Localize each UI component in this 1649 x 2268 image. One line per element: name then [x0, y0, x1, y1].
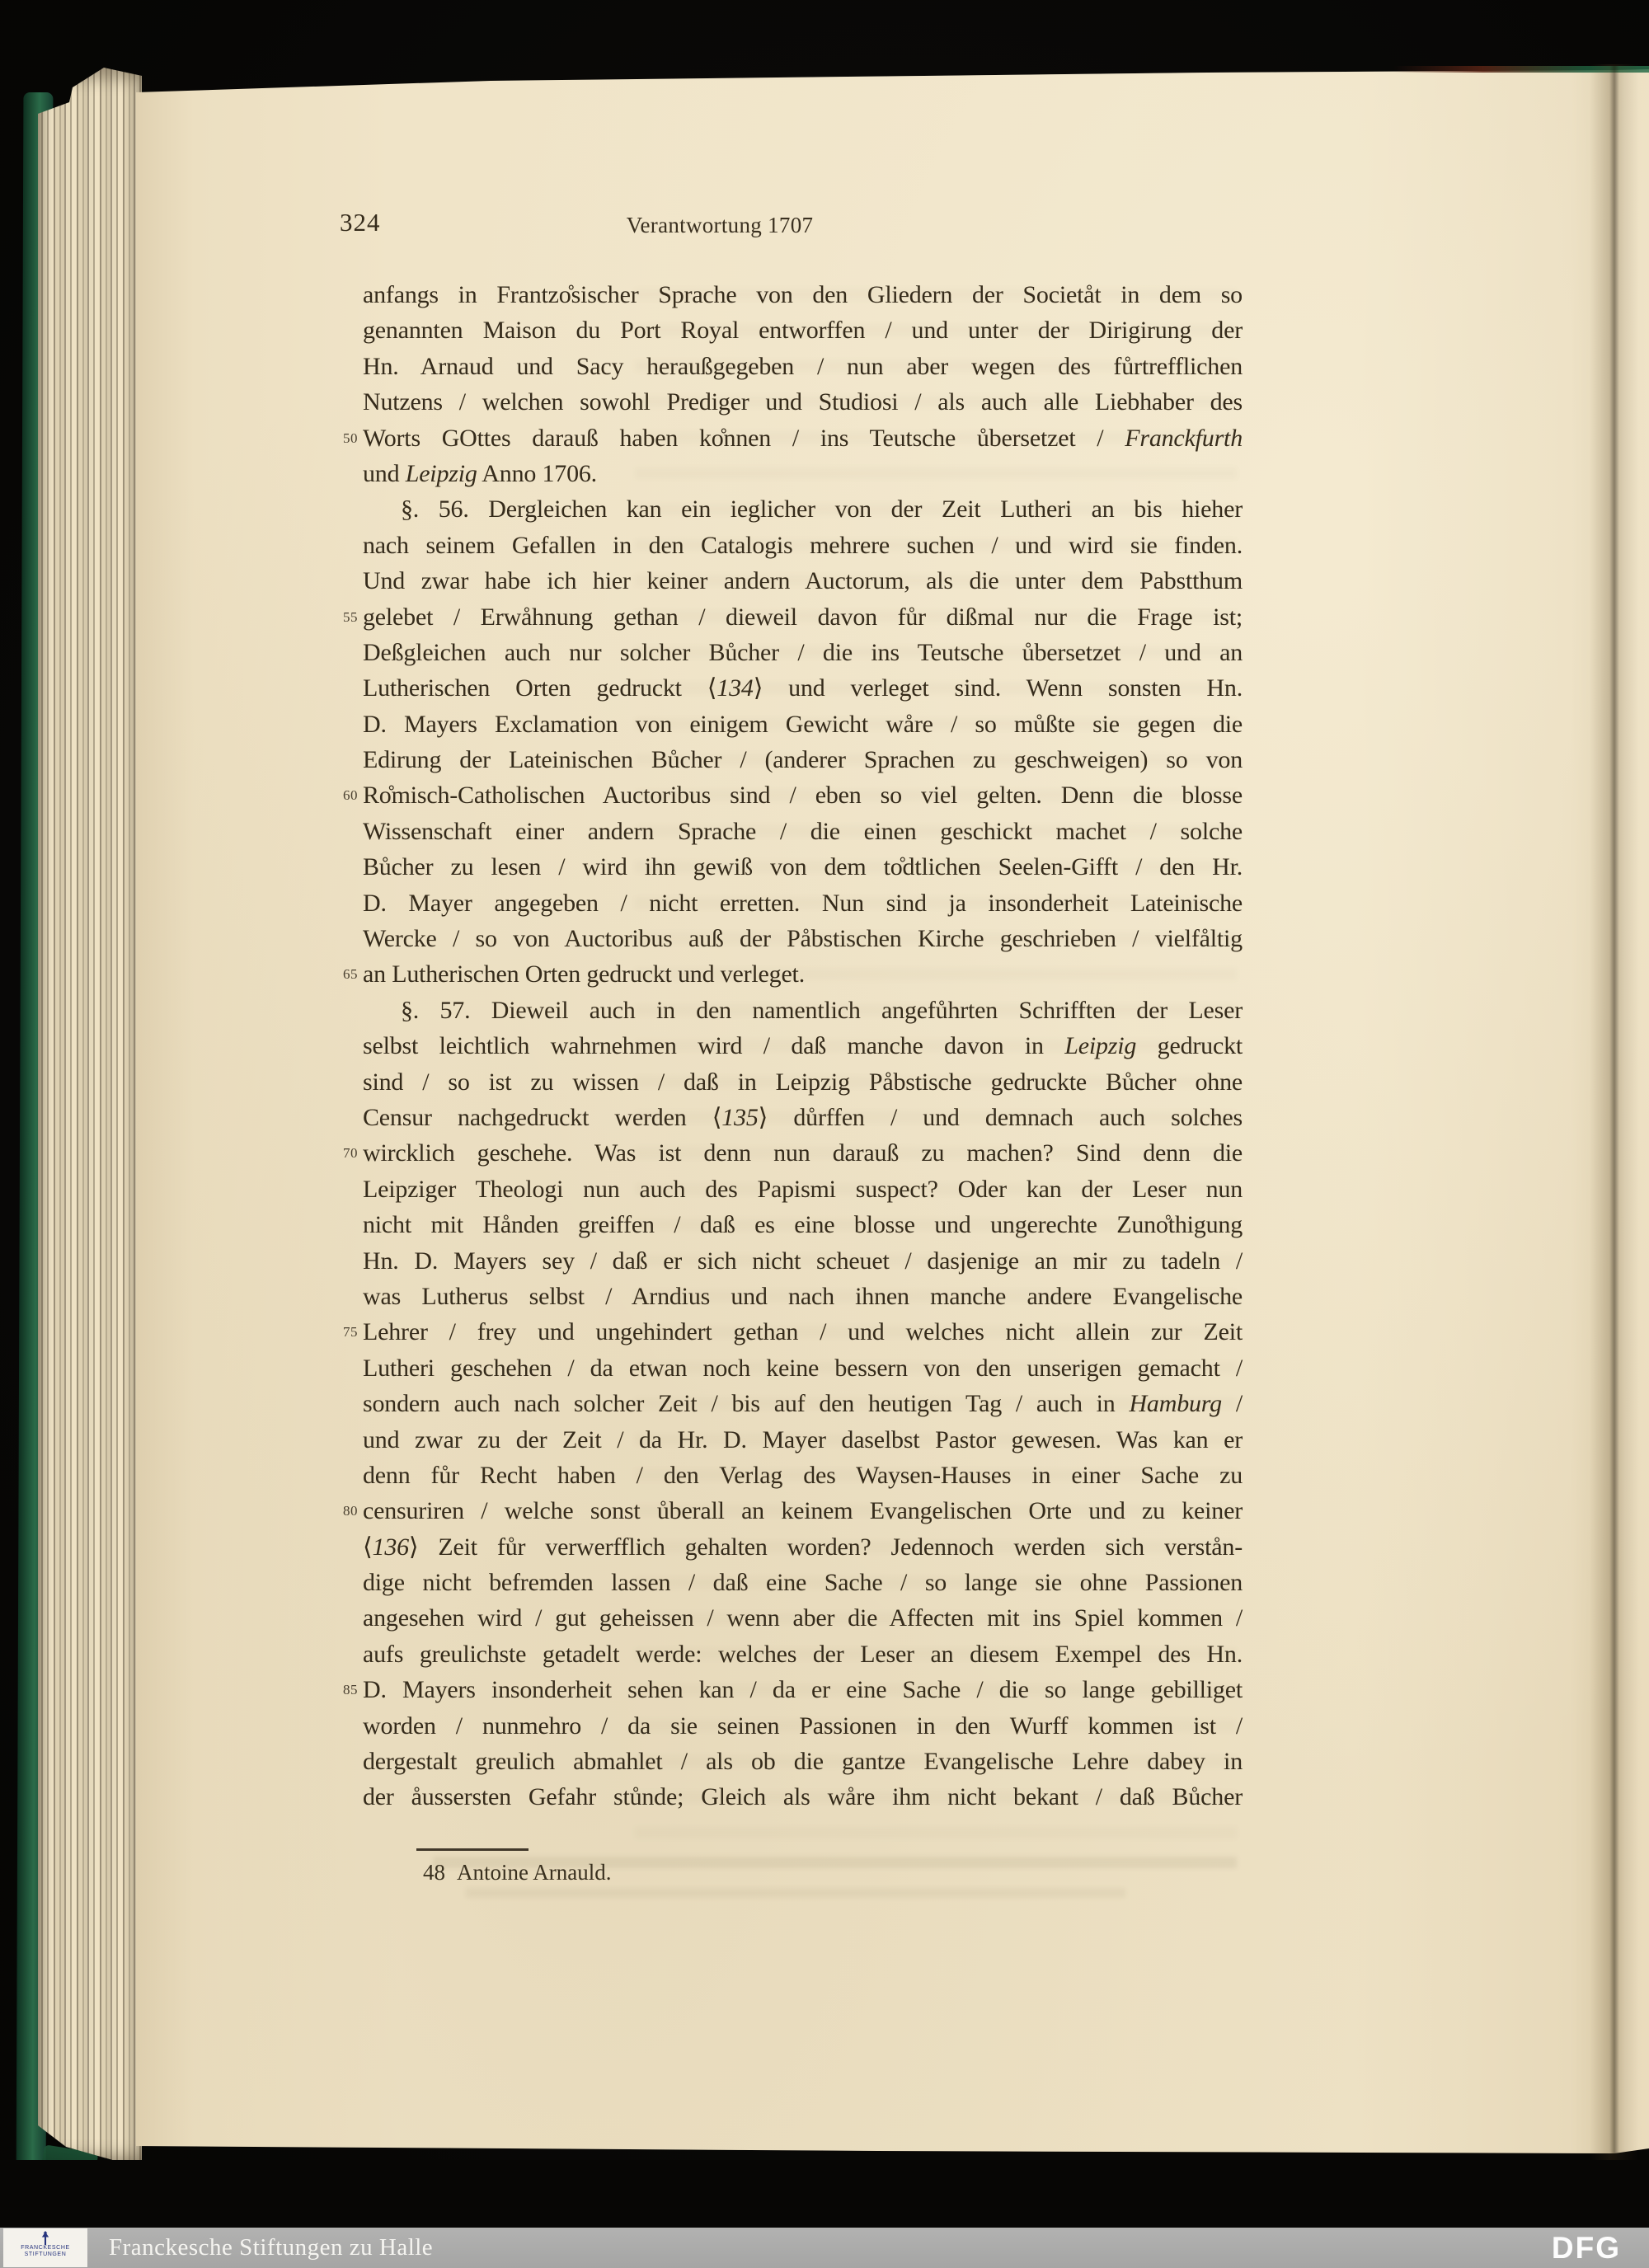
text-line: denn fůr Recht haben / den Verlag des Wa… — [363, 1458, 1243, 1493]
logo-caption-line1: FRANCKESCHE — [21, 2245, 70, 2252]
text-line-content: genannten Maison du Port Royal entworffe… — [363, 312, 1243, 348]
text-line: Leipziger Theologi nun auch des Papismi … — [363, 1172, 1243, 1207]
text-line-content: der åussersten Gefahr stůnde; Gleich als… — [363, 1779, 1243, 1815]
text-line-content: Edirung der Lateinischen Bůcher / (ander… — [363, 742, 1243, 777]
line-number: 50 — [330, 420, 358, 456]
text-line: was Lutherus selbst / Arndius und nach i… — [363, 1279, 1243, 1314]
text-line: Nutzens / welchen sowohl Prediger und St… — [363, 384, 1243, 420]
text-line: Lutherischen Orten gedruckt ⟨134⟩ und ve… — [363, 670, 1243, 706]
text-line: §. 56. Dergleichen kan ein ieglicher von… — [363, 491, 1243, 527]
line-number: 60 — [330, 777, 358, 813]
text-line-content: Wercke / so von Auctoribus auß der Påbst… — [363, 921, 1243, 956]
footnote-rule — [416, 1848, 529, 1851]
text-line: sind / so ist zu wissen / daß in Leipzig… — [363, 1064, 1243, 1100]
text-line-content: censuriren / welche sonst ůberall an kei… — [363, 1493, 1243, 1528]
text-line: Und zwar habe ich hier keiner andern Auc… — [363, 563, 1243, 599]
running-head: Verantwortung 1707 — [613, 213, 827, 238]
text-line-content: Wissenschaft einer andern Sprache / die … — [363, 814, 1243, 849]
book-photo: 324 Verantwortung 1707 anfangs in Frantz… — [0, 0, 1649, 2268]
footnote-number: 48 — [423, 1860, 445, 1885]
text-line: Hn. Arnaud und Sacy heraußgegeben / nun … — [363, 349, 1243, 384]
text-line-content: und zwar zu der Zeit / da Hr. D. Mayer d… — [363, 1422, 1243, 1458]
text-line: worden / nunmehro / da sie seinen Passio… — [363, 1708, 1243, 1744]
text-block: anfangs in Frantzo̊sischer Sprache von d… — [363, 277, 1243, 1815]
text-line-content: angesehen wird / gut geheissen / wenn ab… — [363, 1600, 1243, 1636]
text-line: 50Worts GOttes darauß haben ko̊nnen / in… — [363, 420, 1243, 456]
footer-bar: FRANCKESCHE STIFTUNGEN Franckesche Stift… — [0, 2228, 1649, 2268]
text-line-content: Worts GOttes darauß haben ko̊nnen / ins … — [363, 420, 1243, 456]
text-line-content: D. Mayers Exclamation von einigem Gewich… — [363, 707, 1243, 742]
text-line: der åussersten Gefahr stůnde; Gleich als… — [363, 1779, 1243, 1815]
text-line: §. 57. Dieweil auch in den namentlich an… — [363, 993, 1243, 1028]
text-line-content: was Lutherus selbst / Arndius und nach i… — [363, 1279, 1243, 1314]
footnote-text: Antoine Arnauld. — [457, 1860, 611, 1885]
institution-logo: FRANCKESCHE STIFTUNGEN — [3, 2228, 87, 2267]
text-line-content: Ro̊misch-Catholischen Auctoribus sind / … — [363, 777, 1243, 813]
text-line: aufs greulichste getadelt werde: welches… — [363, 1636, 1243, 1672]
text-line: 85D. Mayers insonderheit sehen kan / da … — [363, 1672, 1243, 1707]
text-line-content: Nutzens / welchen sowohl Prediger und St… — [363, 384, 1243, 420]
text-line: nicht mit Hånden greiffen / daß es eine … — [363, 1207, 1243, 1242]
text-line-content: D. Mayer angegeben / nicht erretten. Nun… — [363, 885, 1243, 921]
text-line: angesehen wird / gut geheissen / wenn ab… — [363, 1600, 1243, 1636]
line-number: 55 — [330, 599, 358, 635]
text-line: 65an Lutherischen Orten gedruckt und ver… — [363, 956, 1243, 992]
text-line-content: D. Mayers insonderheit sehen kan / da er… — [363, 1672, 1243, 1707]
text-line-content: und Leipzig Anno 1706. — [363, 456, 1243, 491]
text-line: Wercke / so von Auctoribus auß der Påbst… — [363, 921, 1243, 956]
text-line: Lutheri geschehen / da etwan noch keine … — [363, 1350, 1243, 1386]
dfg-logo: DFG — [1552, 2231, 1621, 2266]
text-line-content: Censur nachgedruckt werden ⟨135⟩ důrffen… — [363, 1100, 1243, 1135]
text-line-content: anfangs in Frantzo̊sischer Sprache von d… — [363, 277, 1243, 312]
text-line: Censur nachgedruckt werden ⟨135⟩ důrffen… — [363, 1100, 1243, 1135]
text-line: und zwar zu der Zeit / da Hr. D. Mayer d… — [363, 1422, 1243, 1458]
text-line: nach seinem Gefallen in den Catalogis me… — [363, 528, 1243, 563]
text-line: selbst leichtlich wahrnehmen wird / daß … — [363, 1028, 1243, 1064]
text-line-content: Bůcher zu lesen / wird ihn gewiß von dem… — [363, 849, 1243, 885]
text-line-content: aufs greulichste getadelt werde: welches… — [363, 1636, 1243, 1672]
line-number: 75 — [330, 1314, 358, 1350]
line-number: 70 — [330, 1135, 358, 1171]
line-number: 65 — [330, 956, 358, 992]
text-line-content: gelebet / Erwåhnung gethan / dieweil dav… — [363, 599, 1243, 635]
text-line-content: nicht mit Hånden greiffen / daß es eine … — [363, 1207, 1243, 1242]
text-line-content: ⟨136⟩ Zeit fůr verwerfflich gehalten wor… — [363, 1529, 1243, 1565]
text-line-content: Hn. Arnaud und Sacy heraußgegeben / nun … — [363, 349, 1243, 384]
institution-name: Franckesche Stiftungen zu Halle — [109, 2234, 433, 2261]
text-line-content: nach seinem Gefallen in den Catalogis me… — [363, 528, 1243, 563]
text-line-content: Hn. D. Mayers sey / daß er sich nicht sc… — [363, 1243, 1243, 1279]
text-line: D. Mayers Exclamation von einigem Gewich… — [363, 707, 1243, 742]
text-line: und Leipzig Anno 1706. — [363, 456, 1243, 491]
page-number: 324 — [340, 208, 381, 237]
text-line: 60Ro̊misch-Catholischen Auctoribus sind … — [363, 777, 1243, 813]
line-number: 80 — [330, 1493, 358, 1528]
text-line: Hn. D. Mayers sey / daß er sich nicht sc… — [363, 1243, 1243, 1279]
page-edge-stack — [38, 68, 142, 2168]
text-line-content: an Lutherischen Orten gedruckt und verle… — [363, 956, 1243, 992]
text-line: Edirung der Lateinischen Bůcher / (ander… — [363, 742, 1243, 777]
text-line-content: denn fůr Recht haben / den Verlag des Wa… — [363, 1458, 1243, 1493]
book-cover-top-edge — [1393, 66, 1649, 73]
text-line: Deßgleichen auch nur solcher Bůcher / di… — [363, 635, 1243, 670]
text-line-content: selbst leichtlich wahrnehmen wird / daß … — [363, 1028, 1243, 1064]
text-line: sondern auch nach solcher Zeit / bis auf… — [363, 1386, 1243, 1421]
text-line-content: Lutherischen Orten gedruckt ⟨134⟩ und ve… — [363, 670, 1243, 706]
footnote: 48Antoine Arnauld. — [423, 1860, 611, 1885]
text-line: dige nicht befremden lassen / daß eine S… — [363, 1565, 1243, 1600]
text-line-content: wircklich geschehe. Was ist denn nun dar… — [363, 1135, 1243, 1171]
text-line: 75Lehrer / frey und ungehindert gethan /… — [363, 1314, 1243, 1350]
text-line-content: Und zwar habe ich hier keiner andern Auc… — [363, 563, 1243, 599]
text-line-content: sondern auch nach solcher Zeit / bis auf… — [363, 1386, 1243, 1421]
text-line: anfangs in Frantzo̊sischer Sprache von d… — [363, 277, 1243, 312]
text-line-content: sind / so ist zu wissen / daß in Leipzig… — [363, 1064, 1243, 1100]
text-line-content: Lutheri geschehen / da etwan noch keine … — [363, 1350, 1243, 1386]
text-line: D. Mayer angegeben / nicht erretten. Nun… — [363, 885, 1243, 921]
text-line-content: dige nicht befremden lassen / daß eine S… — [363, 1565, 1243, 1600]
text-line-content: Leipziger Theologi nun auch des Papismi … — [363, 1172, 1243, 1207]
franckesche-stiftungen-logo-icon — [40, 2231, 51, 2245]
text-line: dergestalt greulich abmahlet / als ob di… — [363, 1744, 1243, 1779]
logo-caption-line2: STIFTUNGEN — [25, 2252, 67, 2258]
text-line-content: §. 57. Dieweil auch in den namentlich an… — [363, 993, 1243, 1028]
text-line: ⟨136⟩ Zeit fůr verwerfflich gehalten wor… — [363, 1529, 1243, 1565]
text-line: Wissenschaft einer andern Sprache / die … — [363, 814, 1243, 849]
text-line: genannten Maison du Port Royal entworffe… — [363, 312, 1243, 348]
text-line-content: Lehrer / frey und ungehindert gethan / u… — [363, 1314, 1243, 1350]
line-number: 85 — [330, 1672, 358, 1707]
text-line: Bůcher zu lesen / wird ihn gewiß von dem… — [363, 849, 1243, 885]
text-line: 80censuriren / welche sonst ůberall an k… — [363, 1493, 1243, 1528]
text-line: 55gelebet / Erwåhnung gethan / dieweil d… — [363, 599, 1243, 635]
text-line-content: dergestalt greulich abmahlet / als ob di… — [363, 1744, 1243, 1779]
text-line: 70wircklich geschehe. Was ist denn nun d… — [363, 1135, 1243, 1171]
text-line-content: §. 56. Dergleichen kan ein ieglicher von… — [363, 491, 1243, 527]
text-line-content: Deßgleichen auch nur solcher Bůcher / di… — [363, 635, 1243, 670]
text-line-content: worden / nunmehro / da sie seinen Passio… — [363, 1708, 1243, 1744]
